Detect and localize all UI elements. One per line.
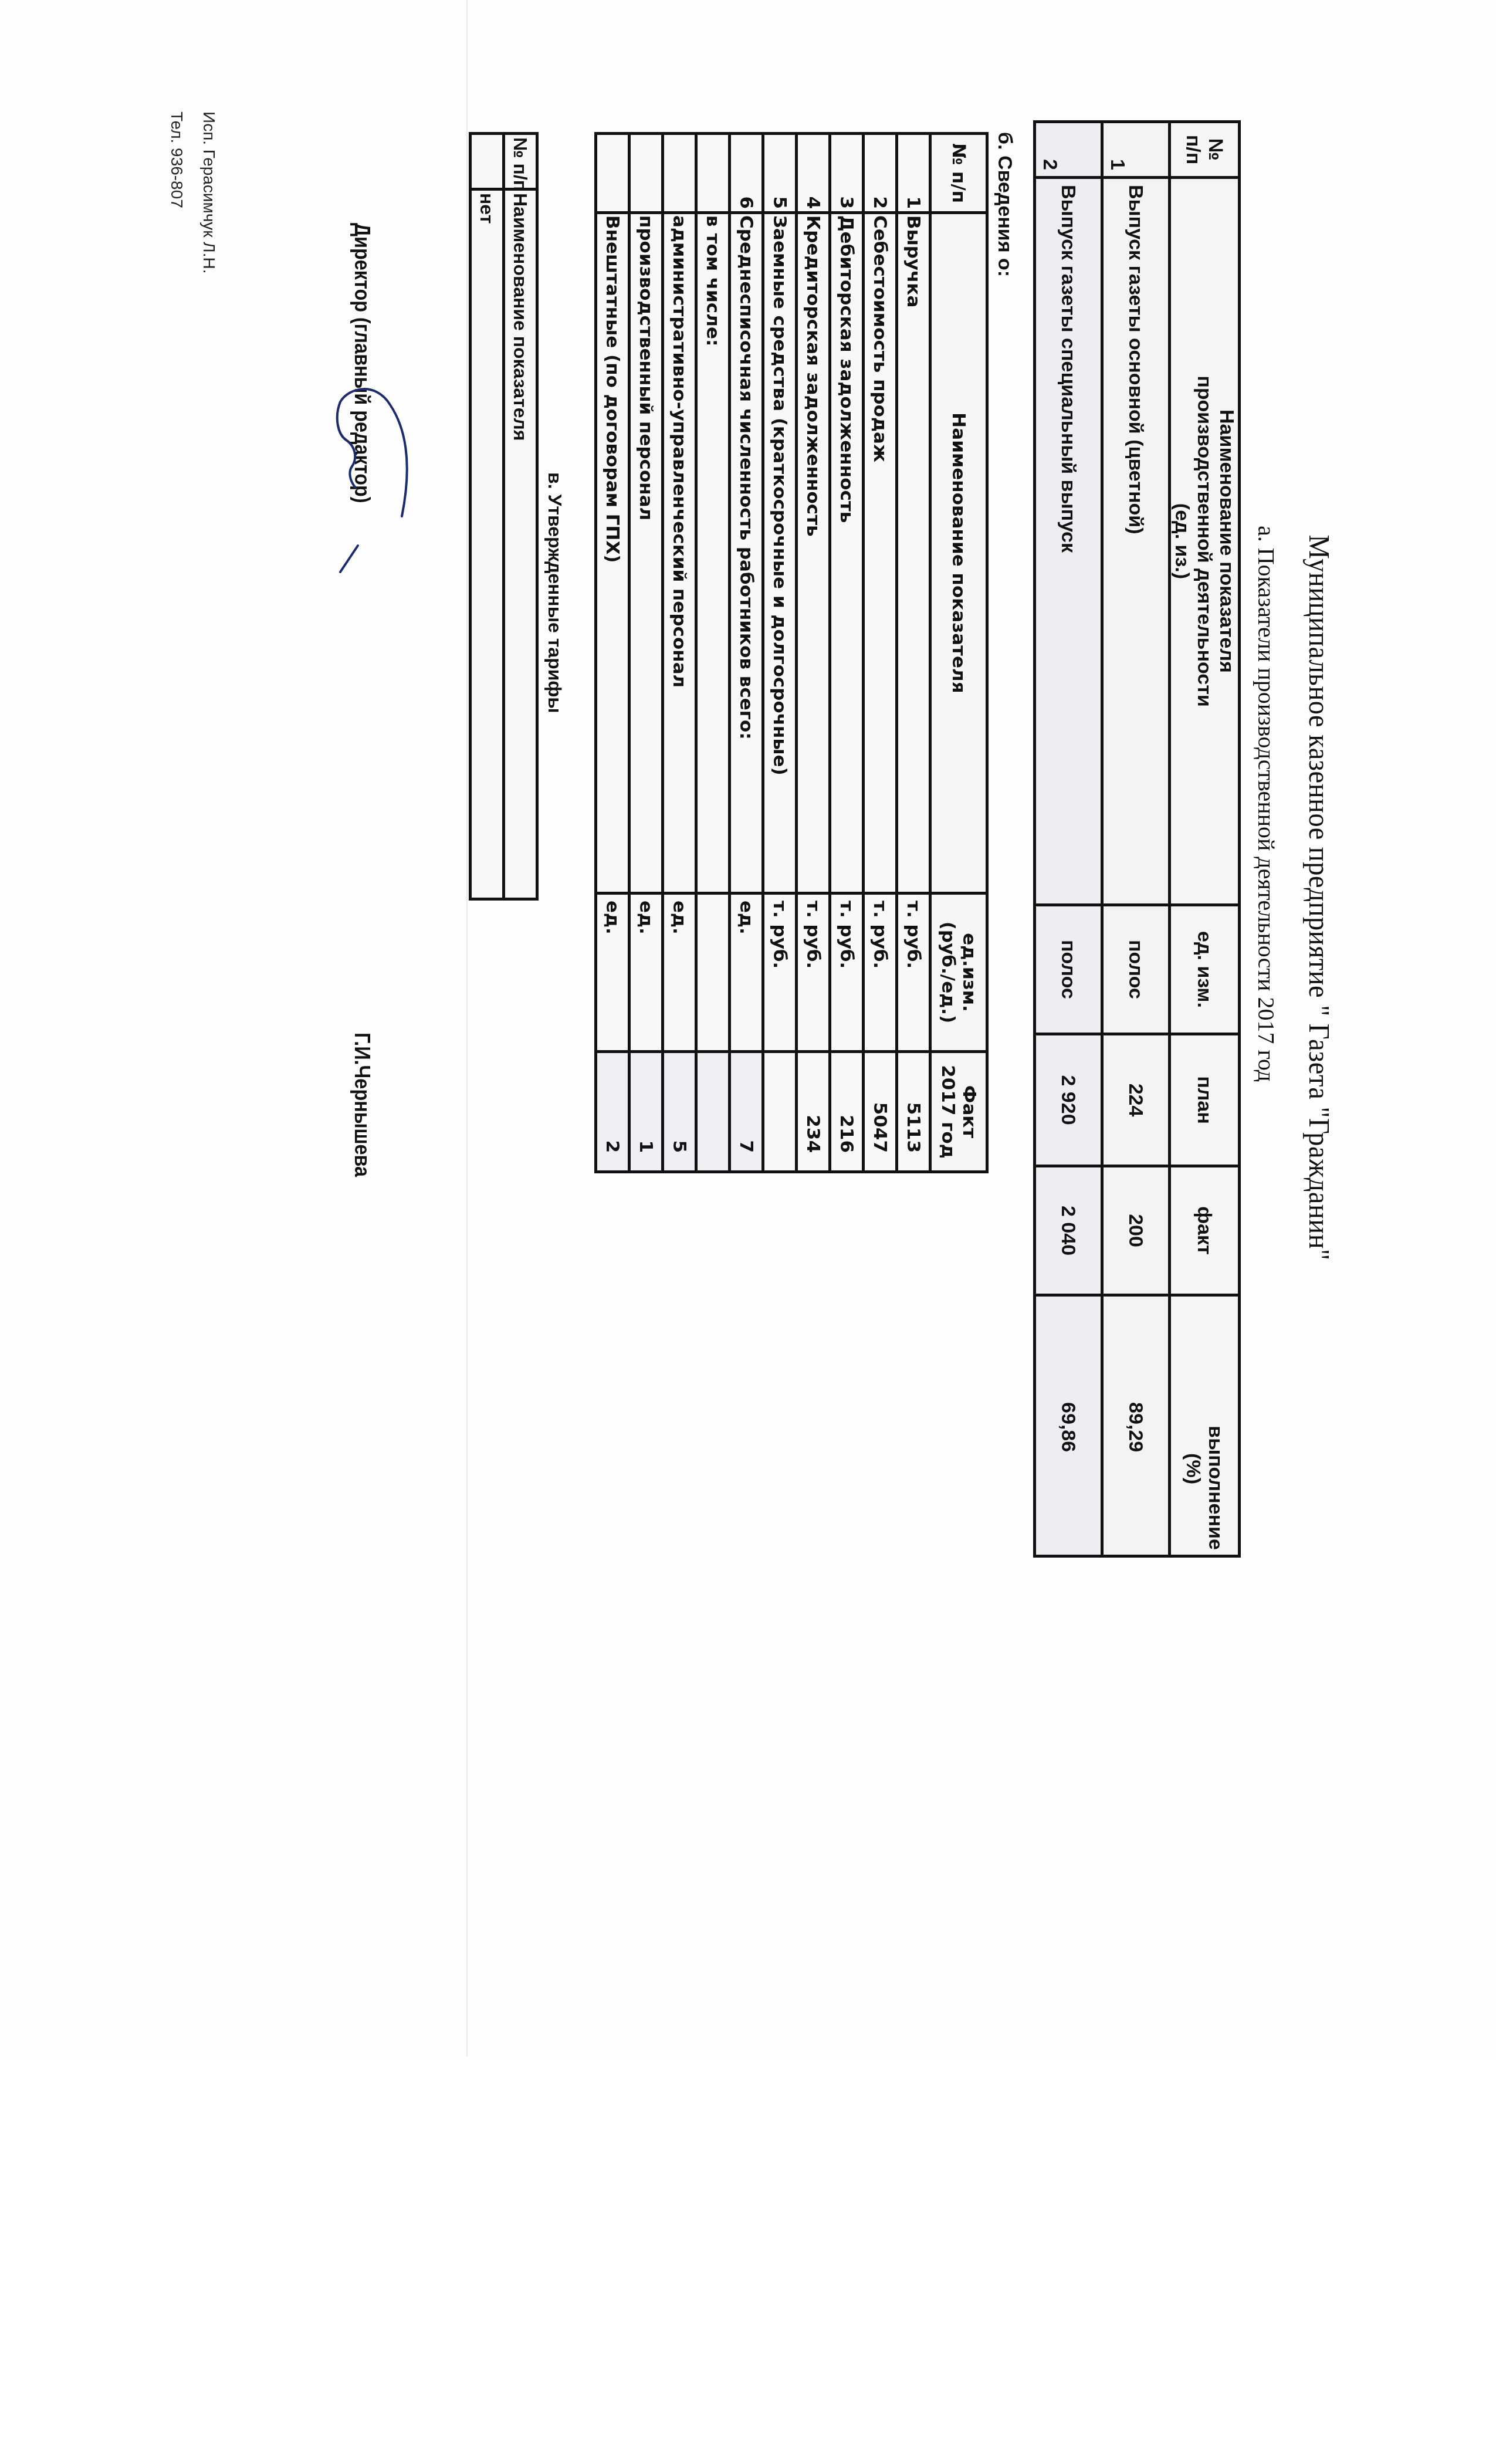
column-header: ед.изм. (руб./ед.)	[930, 893, 987, 1052]
unit: ед.	[596, 893, 629, 1052]
unit: ед.	[663, 893, 696, 1052]
indicator-name: Среднесписочная численность работников в…	[730, 213, 763, 893]
fact-value	[696, 1052, 730, 1172]
approved-tariffs-table: № п/п Наименование показателя нет	[469, 132, 539, 901]
row-number: 4	[797, 134, 830, 213]
column-header: № п/п	[504, 134, 537, 189]
document-title: Муниципальное казенное предприятие " Газ…	[1302, 445, 1336, 1351]
table-row: 6Среднесписочная численность работников …	[730, 134, 763, 1172]
table-header-row: № п/п Наименование показателя ед.изм. (р…	[930, 134, 987, 1172]
fact-value	[763, 1052, 797, 1172]
unit: полос	[1102, 905, 1170, 1034]
unit: т. руб.	[830, 893, 864, 1052]
table-row: 4Кредиторская задолженностьт. руб.234	[797, 134, 830, 1172]
column-header: № п/п	[1170, 122, 1240, 178]
table-row: Внештатные (по договорам ГПХ)ед.2	[596, 134, 629, 1172]
fact-value: 234	[797, 1052, 830, 1172]
column-header: ед. изм.	[1170, 905, 1240, 1034]
indicator-name: Выпуск газеты основной (цветной)	[1102, 178, 1170, 905]
table-row: 5Заемные средства (краткосрочные и долго…	[763, 134, 797, 1172]
row-number	[663, 134, 696, 213]
row-number	[629, 134, 663, 213]
column-header: Наименование показателя	[504, 189, 537, 899]
unit: полос	[1035, 905, 1102, 1034]
table-row: 1 Выпуск газеты основной (цветной) полос…	[1102, 122, 1170, 1556]
fact-value: 216	[830, 1052, 864, 1172]
section-a-label: а. Показатели производственной деятельно…	[1253, 246, 1280, 1361]
plan-value: 2 920	[1035, 1034, 1102, 1166]
indicator-name: в том числе:	[696, 213, 730, 893]
column-header: выполнение (%)	[1170, 1295, 1240, 1556]
row-number: 2	[864, 134, 897, 213]
section-b-label: б. Сведения о:	[993, 132, 1016, 277]
completion-value: 69,86	[1035, 1295, 1102, 1556]
table-row: производственный персоналед.1	[629, 134, 663, 1172]
row-number: 1	[1102, 122, 1170, 178]
indicator-name: Внештатные (по договорам ГПХ)	[596, 213, 629, 893]
executor-phone: Тел. 936-807	[167, 111, 186, 208]
row-number	[471, 134, 504, 189]
unit: т. руб.	[763, 893, 797, 1052]
column-header: Наименование показателя производственной…	[1170, 178, 1240, 905]
column-header: Факт 2017 год	[930, 1052, 987, 1172]
document-page: Муниципальное казенное предприятие " Газ…	[0, 0, 1496, 2053]
information-table: № п/п Наименование показателя ед.изм. (р…	[594, 132, 989, 1173]
unit: т. руб.	[864, 893, 897, 1052]
fact-value: 200	[1102, 1166, 1170, 1295]
plan-value: 224	[1102, 1034, 1170, 1166]
table-row: административно-управленческий персонале…	[663, 134, 696, 1172]
table-row: нет	[471, 134, 504, 899]
indicator-name: административно-управленческий персонал	[663, 213, 696, 893]
table-header-row: № п/п Наименование показателя производст…	[1170, 122, 1240, 1556]
table-row: 3Дебиторская задолженностьт. руб.216	[830, 134, 864, 1172]
indicator-name: Заемные средства (краткосрочные и долгос…	[763, 213, 797, 893]
fact-value: 1	[629, 1052, 663, 1172]
row-number: 3	[830, 134, 864, 213]
tariff-name: нет	[471, 189, 504, 899]
row-number: 2	[1035, 122, 1102, 178]
column-header: план	[1170, 1034, 1240, 1166]
signature-mark	[326, 370, 414, 639]
column-header: № п/п	[930, 134, 987, 213]
table-row: 1Выручкат. руб.5113	[897, 134, 930, 1172]
indicator-name: Кредиторская задолженность	[797, 213, 830, 893]
unit: ед.	[730, 893, 763, 1052]
executor-name: Исп. Герасимчук Л.Н.	[199, 111, 218, 274]
column-header: факт	[1170, 1166, 1240, 1295]
production-indicators-table: № п/п Наименование показателя производст…	[1033, 120, 1241, 1558]
indicator-name: производственный персонал	[629, 213, 663, 893]
table-header-row: № п/п Наименование показателя	[504, 134, 537, 899]
row-number: 1	[897, 134, 930, 213]
column-header: Наименование показателя	[930, 213, 987, 893]
row-number: 6	[730, 134, 763, 213]
unit: т. руб.	[797, 893, 830, 1052]
row-number: 5	[763, 134, 797, 213]
fact-value: 5113	[897, 1052, 930, 1172]
unit	[696, 893, 730, 1052]
unit: ед.	[629, 893, 663, 1052]
unit: т. руб.	[897, 893, 930, 1052]
indicator-name: Выпуск газеты специальный выпуск	[1035, 178, 1102, 905]
indicator-name: Дебиторская задолженность	[830, 213, 864, 893]
fact-value: 2	[596, 1052, 629, 1172]
signatory-name: Г.И.Чернышева	[350, 1033, 374, 1177]
completion-value: 89,29	[1102, 1295, 1170, 1556]
table-row: в том числе:	[696, 134, 730, 1172]
indicator-name: Выручка	[897, 213, 930, 893]
row-number	[596, 134, 629, 213]
fact-value: 5	[663, 1052, 696, 1172]
indicator-name: Себестоимость продаж	[864, 213, 897, 893]
fact-value: 5047	[864, 1052, 897, 1172]
table-row: 2Себестоимость продажт. руб.5047	[864, 134, 897, 1172]
fact-value: 2 040	[1035, 1166, 1102, 1295]
row-number	[696, 134, 730, 213]
fact-value: 7	[730, 1052, 763, 1172]
table-row: 2 Выпуск газеты специальный выпуск полос…	[1035, 122, 1102, 1556]
section-v-label: в. Утвержденные тарифы	[544, 472, 566, 713]
